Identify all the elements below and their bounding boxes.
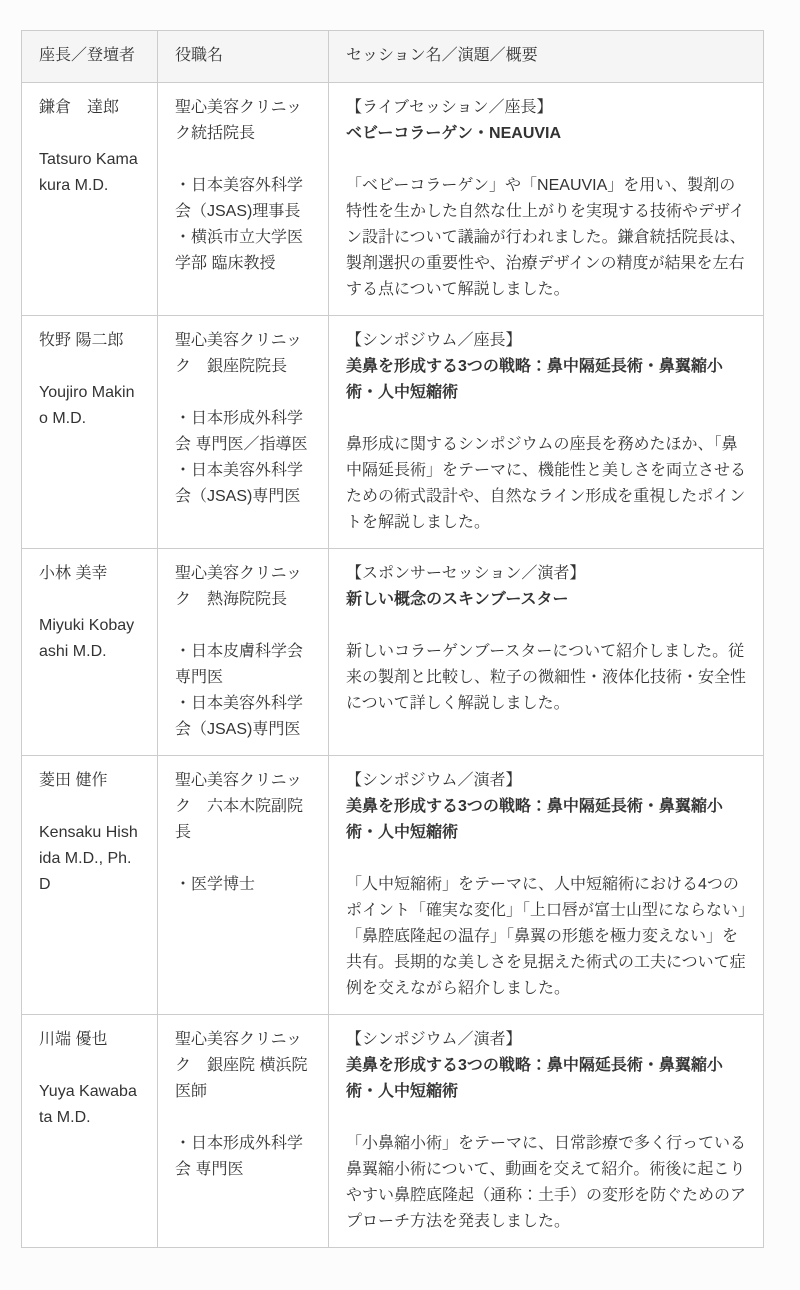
session-tag: 【スポンサーセッション／演者】 — [346, 561, 746, 587]
session-tag: 【シンポジウム／演者】 — [346, 1027, 746, 1053]
session-tag: 【シンポジウム／座長】 — [346, 328, 746, 354]
session-title: 美鼻を形成する3つの戦略：鼻中隔延長術・鼻翼縮小術・人中短縮術 — [346, 794, 746, 846]
session-cell: 【シンポジウム／演者】 美鼻を形成する3つの戦略：鼻中隔延長術・鼻翼縮小術・人中… — [329, 756, 764, 1015]
speakers-table: 座長／登壇者 役職名 セッション名／演題／概要 鎌倉 達郎 Tatsuro Ka… — [21, 30, 764, 1248]
speaker-role: 聖心美容クリニック 熱海院院長 ・日本皮膚科学会専門医 ・日本美容外科学会（JS… — [158, 549, 329, 756]
speaker-name: 菱田 健作 Kensaku Hishida M.D., Ph.D — [22, 756, 158, 1015]
session-cell: 【ライブセッション／座長】 ベビーコラーゲン・NEAUVIA 「ベビーコラーゲン… — [329, 83, 764, 316]
table-row: 川端 優也 Yuya Kawabata M.D. 聖心美容クリニック 銀座院 横… — [22, 1015, 764, 1248]
table-header-row: 座長／登壇者 役職名 セッション名／演題／概要 — [22, 31, 764, 83]
speaker-role: 聖心美容クリニック 銀座院院長 ・日本形成外科学会 専門医／指導医 ・日本美容外… — [158, 316, 329, 549]
session-tag: 【ライブセッション／座長】 — [346, 95, 746, 121]
table-row: 牧野 陽二郎 Youjiro Makino M.D. 聖心美容クリニック 銀座院… — [22, 316, 764, 549]
header-role: 役職名 — [158, 31, 329, 83]
session-summary: 「人中短縮術」をテーマに、人中短縮術における4つのポイント「確実な変化」「上口唇… — [346, 872, 746, 1002]
header-session: セッション名／演題／概要 — [329, 31, 764, 83]
speaker-name: 小林 美幸 Miyuki Kobayashi M.D. — [22, 549, 158, 756]
speaker-role: 聖心美容クリニック 六本木院副院長 ・医学博士 — [158, 756, 329, 1015]
speaker-name: 川端 優也 Yuya Kawabata M.D. — [22, 1015, 158, 1248]
session-summary: 新しいコラーゲンブースターについて紹介しました。従来の製剤と比較し、粒子の微細性… — [346, 639, 746, 717]
table-row: 菱田 健作 Kensaku Hishida M.D., Ph.D 聖心美容クリニ… — [22, 756, 764, 1015]
session-cell: 【シンポジウム／演者】 美鼻を形成する3つの戦略：鼻中隔延長術・鼻翼縮小術・人中… — [329, 1015, 764, 1248]
session-cell: 【スポンサーセッション／演者】 新しい概念のスキンブースター 新しいコラーゲンブ… — [329, 549, 764, 756]
speaker-name: 牧野 陽二郎 Youjiro Makino M.D. — [22, 316, 158, 549]
speaker-name: 鎌倉 達郎 Tatsuro Kamakura M.D. — [22, 83, 158, 316]
session-summary: 「ベビーコラーゲン」や「NEAUVIA」を用い、製剤の特性を生かした自然な仕上が… — [346, 173, 746, 303]
speaker-role: 聖心美容クリニック統括院長 ・日本美容外科学会（JSAS)理事長 ・横浜市立大学… — [158, 83, 329, 316]
session-summary: 「小鼻縮小術」をテーマに、日常診療で多く行っている鼻翼縮小術について、動画を交え… — [346, 1131, 746, 1235]
session-title: 美鼻を形成する3つの戦略：鼻中隔延長術・鼻翼縮小術・人中短縮術 — [346, 354, 746, 406]
session-tag: 【シンポジウム／演者】 — [346, 768, 746, 794]
header-speaker: 座長／登壇者 — [22, 31, 158, 83]
session-summary: 鼻形成に関するシンポジウムの座長を務めたほか、「鼻中隔延長術」をテーマに、機能性… — [346, 432, 746, 536]
table-row: 小林 美幸 Miyuki Kobayashi M.D. 聖心美容クリニック 熱海… — [22, 549, 764, 756]
session-title: 新しい概念のスキンブースター — [346, 587, 746, 613]
speaker-role: 聖心美容クリニック 銀座院 横浜院医師 ・日本形成外科学会 専門医 — [158, 1015, 329, 1248]
table-row: 鎌倉 達郎 Tatsuro Kamakura M.D. 聖心美容クリニック統括院… — [22, 83, 764, 316]
session-title: 美鼻を形成する3つの戦略：鼻中隔延長術・鼻翼縮小術・人中短縮術 — [346, 1053, 746, 1105]
session-cell: 【シンポジウム／座長】 美鼻を形成する3つの戦略：鼻中隔延長術・鼻翼縮小術・人中… — [329, 316, 764, 549]
session-title: ベビーコラーゲン・NEAUVIA — [346, 121, 746, 147]
